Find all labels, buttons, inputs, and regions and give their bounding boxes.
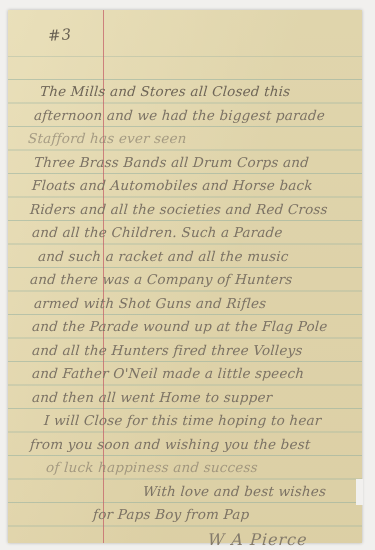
page-number: #3 <box>47 25 72 45</box>
letter-paper: #3 The Mills and Stores all Closed this … <box>8 10 362 543</box>
letter-line: I will Close for this time hoping to hea… <box>43 410 363 434</box>
letter-line: and then all went Home to supper <box>31 387 363 411</box>
letter-line: afternoon and we had the biggest parade <box>33 105 363 129</box>
letter-line: and such a racket and all the music <box>37 246 363 270</box>
letter-line: and all the Children. Such a Parade <box>31 222 363 246</box>
letter-line: armed with Shot Guns and Rifles <box>33 293 363 317</box>
signature: W A Pierce <box>207 528 363 550</box>
letter-line: from you soon and wishing you the best <box>29 434 363 458</box>
letter-line: of luck happiness and success <box>45 457 363 481</box>
letter-line: The Mills and Stores all Closed this <box>39 81 363 105</box>
letter-closing: With love and best wishes <box>142 481 363 505</box>
letter-closing: for Paps Boy from Pap <box>92 504 363 528</box>
paper-edge-notch <box>356 479 363 505</box>
letter-line: and the Parade wound up at the Flag Pole <box>31 316 363 340</box>
letter-line: Stafford has ever seen <box>27 128 363 152</box>
letter-line: Three Brass Bands all Drum Corps and <box>33 152 363 176</box>
scan-background: #3 The Mills and Stores all Closed this … <box>0 0 375 550</box>
letter-line: and Father O'Neil made a little speech <box>31 363 363 387</box>
letter-line: and all the Hunters fired three Volleys <box>31 340 363 364</box>
ruled-line-header <box>8 56 362 57</box>
letter-line: Riders and all the societies and Red Cro… <box>29 199 363 223</box>
letter-line: and there was a Company of Hunters <box>29 269 363 293</box>
letter-line: Floats and Automobiles and Horse back <box>31 175 363 199</box>
letter-body: The Mills and Stores all Closed this aft… <box>8 81 362 550</box>
